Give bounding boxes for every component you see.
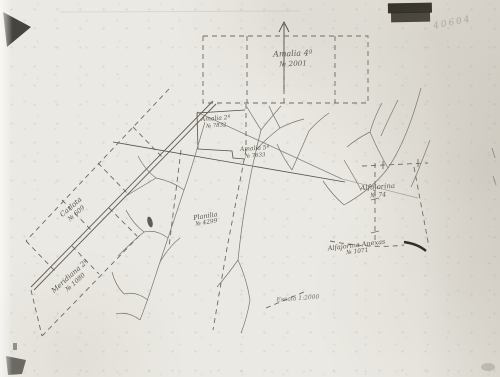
bold-boundary-hook	[404, 242, 426, 251]
corner-smudge	[481, 363, 495, 371]
ink-blot	[6, 356, 26, 375]
claim-label-amalia4: Amalia 4ª № 2001	[255, 48, 332, 70]
road-double-line	[31, 101, 216, 290]
creek-network	[112, 88, 430, 333]
map-linework	[0, 0, 500, 377]
edge-marks	[492, 148, 496, 185]
scanned-survey-map: Amalia 4ª № 2001 Amalia 2ª № 7832 Amalia…	[0, 0, 500, 377]
paper-crease	[60, 11, 300, 12]
ink-speck	[13, 343, 17, 350]
redaction-bar	[391, 12, 430, 23]
corner-fold-mark	[3, 12, 31, 47]
ink-mark	[146, 216, 154, 228]
redaction-mark	[388, 3, 432, 24]
